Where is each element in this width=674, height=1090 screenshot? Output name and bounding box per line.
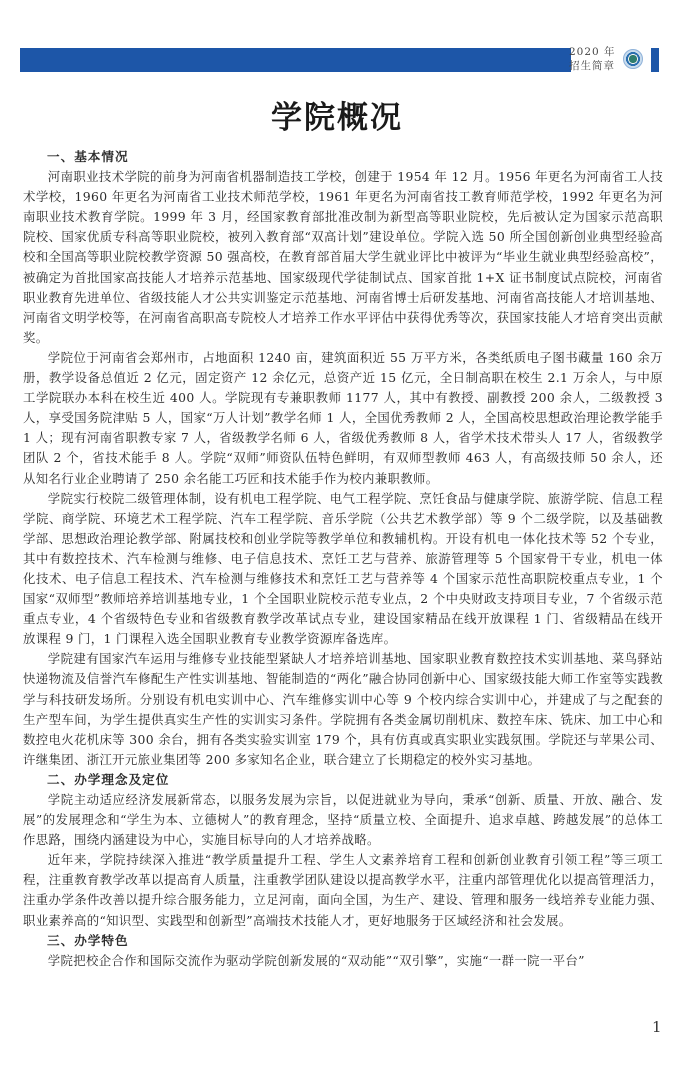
paragraph: 河南职业技术学院的前身为河南省机器制造技工学校，创建于 1954 年 12 月。… [23, 167, 663, 348]
page-number: 1 [652, 1018, 662, 1036]
header-subtitle: 招生简章 [569, 59, 619, 73]
header-label: 2020 年 招生简章 [569, 45, 619, 73]
header-color-bar [20, 48, 571, 72]
header-year: 2020 年 [569, 45, 619, 59]
paragraph: 学院把校企合作和国际交流作为驱动学院创新发展的“双动能”“双引擎”，实施“一群一… [23, 951, 663, 971]
paragraph: 学院主动适应经济发展新常态，以服务发展为宗旨，以促进就业为导向，秉承“创新、质量… [23, 790, 663, 850]
header-side-bar [651, 48, 659, 72]
document-body: 一、基本情况 河南职业技术学院的前身为河南省机器制造技工学校，创建于 1954 … [23, 147, 663, 971]
paragraph: 学院位于河南省会郑州市，占地面积 1240 亩，建筑面积近 55 万平方米，各类… [23, 348, 663, 489]
page-title: 学院概况 [0, 92, 674, 137]
school-emblem-icon [623, 49, 643, 69]
section-heading-basic-info: 一、基本情况 [23, 147, 663, 167]
paragraph: 学院建有国家汽车运用与维修专业技能型紧缺人才培养培训基地、国家职业教育数控技术实… [23, 649, 663, 770]
paragraph: 近年来，学院持续深入推进“教学质量提升工程、学生人文素养培育工程和创新创业教育引… [23, 850, 663, 930]
section-heading-features: 三、办学特色 [23, 931, 663, 951]
section-heading-philosophy: 二、办学理念及定位 [23, 770, 663, 790]
paragraph: 学院实行校院二级管理体制，设有机电工程学院、电气工程学院、烹饪食品与健康学院、旅… [23, 489, 663, 650]
